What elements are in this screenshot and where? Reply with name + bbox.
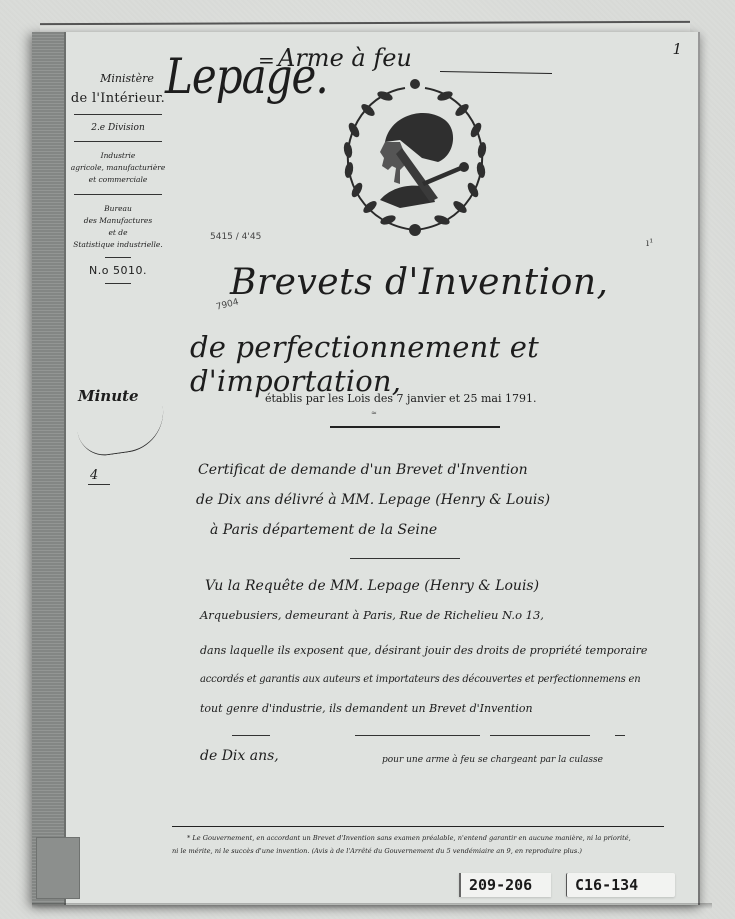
archive-label: C16-134 xyxy=(566,873,675,897)
law-reference: établis par les Lois des 7 janvier et 25… xyxy=(265,392,536,405)
pencil-fraction-text: 5415 / 4'45 xyxy=(210,232,261,242)
ministry-header: Ministère de l'Intérieur. 2.e Division I… xyxy=(68,72,168,290)
bureau-line: des Manufactures xyxy=(68,215,168,227)
binding-tab xyxy=(36,837,80,899)
body-line: Vu la Requête de MM. Lepage (Henry & Lou… xyxy=(205,578,539,594)
handwritten-subject: Arme à feu xyxy=(278,44,412,72)
document-subtitle: de perfectionnement et d'importation, xyxy=(190,330,735,398)
ministry-line1: Ministère xyxy=(86,72,168,85)
footnote-line: ni le mérite, ni le succès d'une inventi… xyxy=(172,847,582,855)
body-line: de Dix ans, xyxy=(200,748,279,764)
heading-divider xyxy=(330,426,500,428)
footnote-line: * Le Gouvernement, en accordant un Breve… xyxy=(187,834,631,842)
divider xyxy=(74,114,162,115)
blank-rule xyxy=(232,735,270,736)
page-shadow xyxy=(32,903,712,909)
minute-annotation: Minute xyxy=(78,387,139,405)
certificate-line: à Paris département de la Seine xyxy=(210,522,437,538)
divider xyxy=(105,283,131,284)
bureau-line: et de xyxy=(68,227,168,239)
body-line: accordés et garantis aux auteurs et impo… xyxy=(200,674,641,685)
body-line: tout genre d'industrie, ils demandent un… xyxy=(200,702,533,715)
section-line: et commerciale xyxy=(68,174,168,186)
blank-rule xyxy=(615,735,625,736)
body-line: dans laquelle ils exposent que, désirant… xyxy=(200,644,647,657)
folio-number: 4 xyxy=(90,468,98,483)
certificate-line: Certificat de demande d'un Brevet d'Inve… xyxy=(198,462,528,478)
blank-rule xyxy=(355,735,480,736)
minute-flourish xyxy=(76,406,169,459)
archive-label: 209-206 xyxy=(459,873,551,897)
ministry-section: Industrie agricole, manufacturière et co… xyxy=(68,150,168,186)
divider xyxy=(105,257,131,258)
pencil-tick: ı¹ xyxy=(646,238,653,249)
certificate-line: de Dix ans délivré à MM. Lepage (Henry &… xyxy=(196,492,550,508)
section-line: Industrie xyxy=(68,150,168,162)
document-title: Brevets d'Invention, xyxy=(230,262,608,303)
section-line: agricole, manufacturière xyxy=(68,162,168,174)
page-edge xyxy=(698,32,700,905)
ministry-number: N.o 5010. xyxy=(68,264,168,277)
divider xyxy=(74,194,162,195)
section-divider xyxy=(350,558,460,559)
ministry-line2: de l'Intérieur. xyxy=(68,91,168,106)
footnote-divider xyxy=(172,826,664,827)
bureau-line: Statistique industrielle. xyxy=(68,239,168,251)
ornament-mark: ≈ xyxy=(371,409,377,417)
binding-spine xyxy=(32,32,66,905)
ministry-bureau: Bureau des Manufactures et de Statistiqu… xyxy=(68,203,168,251)
pencil-fraction: 5415 / 4'45 xyxy=(210,232,261,242)
blank-rule xyxy=(490,735,590,736)
body-line: Arquebusiers, demeurant à Paris, Rue de … xyxy=(200,608,544,622)
ministry-division: 2.e Division xyxy=(68,123,168,133)
laurel-emblem-icon xyxy=(330,70,500,240)
body-line-note: pour une arme à feu se chargeant par la … xyxy=(382,755,603,765)
divider xyxy=(74,141,162,142)
bureau-line: Bureau xyxy=(68,203,168,215)
page-number: 1 xyxy=(672,40,682,58)
